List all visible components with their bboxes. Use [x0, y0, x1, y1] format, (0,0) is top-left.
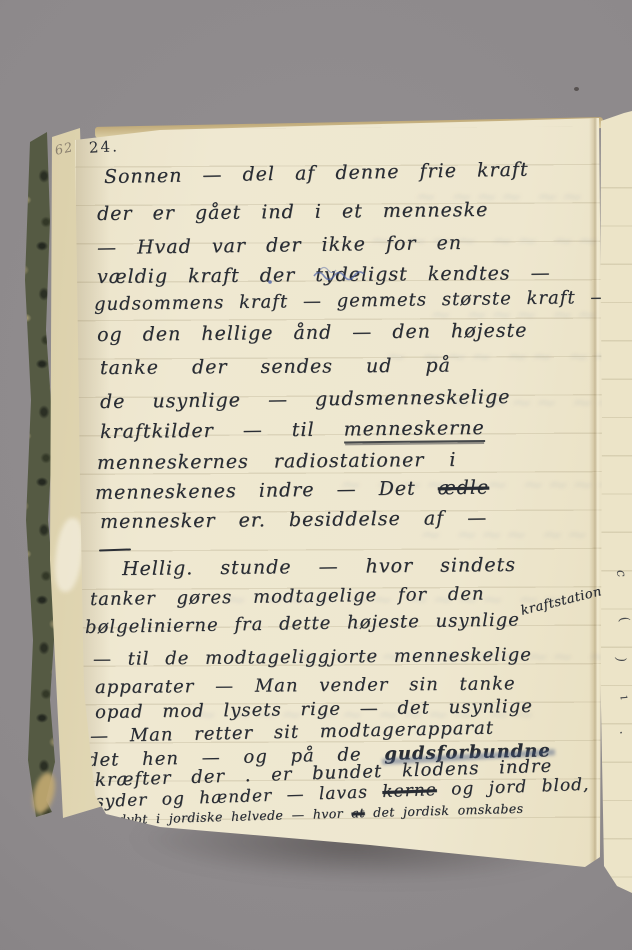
background-speck: [574, 87, 579, 91]
handwriting-segment: kraftkilder — til: [100, 418, 344, 443]
photo-background: c ( ) ı · 62 ~ ~~~ ~~ ~~~~ ~~ ~ ~~~ ~~ ~…: [0, 0, 632, 950]
handwriting-line: Hellig. stunde — hvor sindets: [122, 554, 516, 580]
handwriting-line: kraftkilder — til menneskerne: [100, 417, 485, 443]
handwriting-line: mennesker er. besiddelse af —: [100, 507, 487, 533]
struck-word: ædle: [438, 476, 490, 499]
blue-pencil-annotation: [262, 258, 402, 290]
handwriting-line: der er gået ind i et menneske: [97, 199, 489, 225]
struck-word: at: [351, 805, 365, 820]
next-page-ink-fragment: ·: [619, 726, 623, 741]
handwriting-line: tanke der sendes ud på: [100, 355, 451, 379]
handwriting-line: apparater — Man vender sin tanke: [95, 673, 516, 698]
underlined-word: menneskerne: [344, 417, 485, 443]
page-number: 24.: [89, 137, 120, 157]
ruled-lines: [598, 150, 632, 880]
struck-word: kerne: [382, 780, 437, 802]
handwriting-line: menneskernes radiostationer i: [97, 449, 457, 474]
handwriting-line: og den hellige ånd — den højeste: [97, 319, 528, 346]
